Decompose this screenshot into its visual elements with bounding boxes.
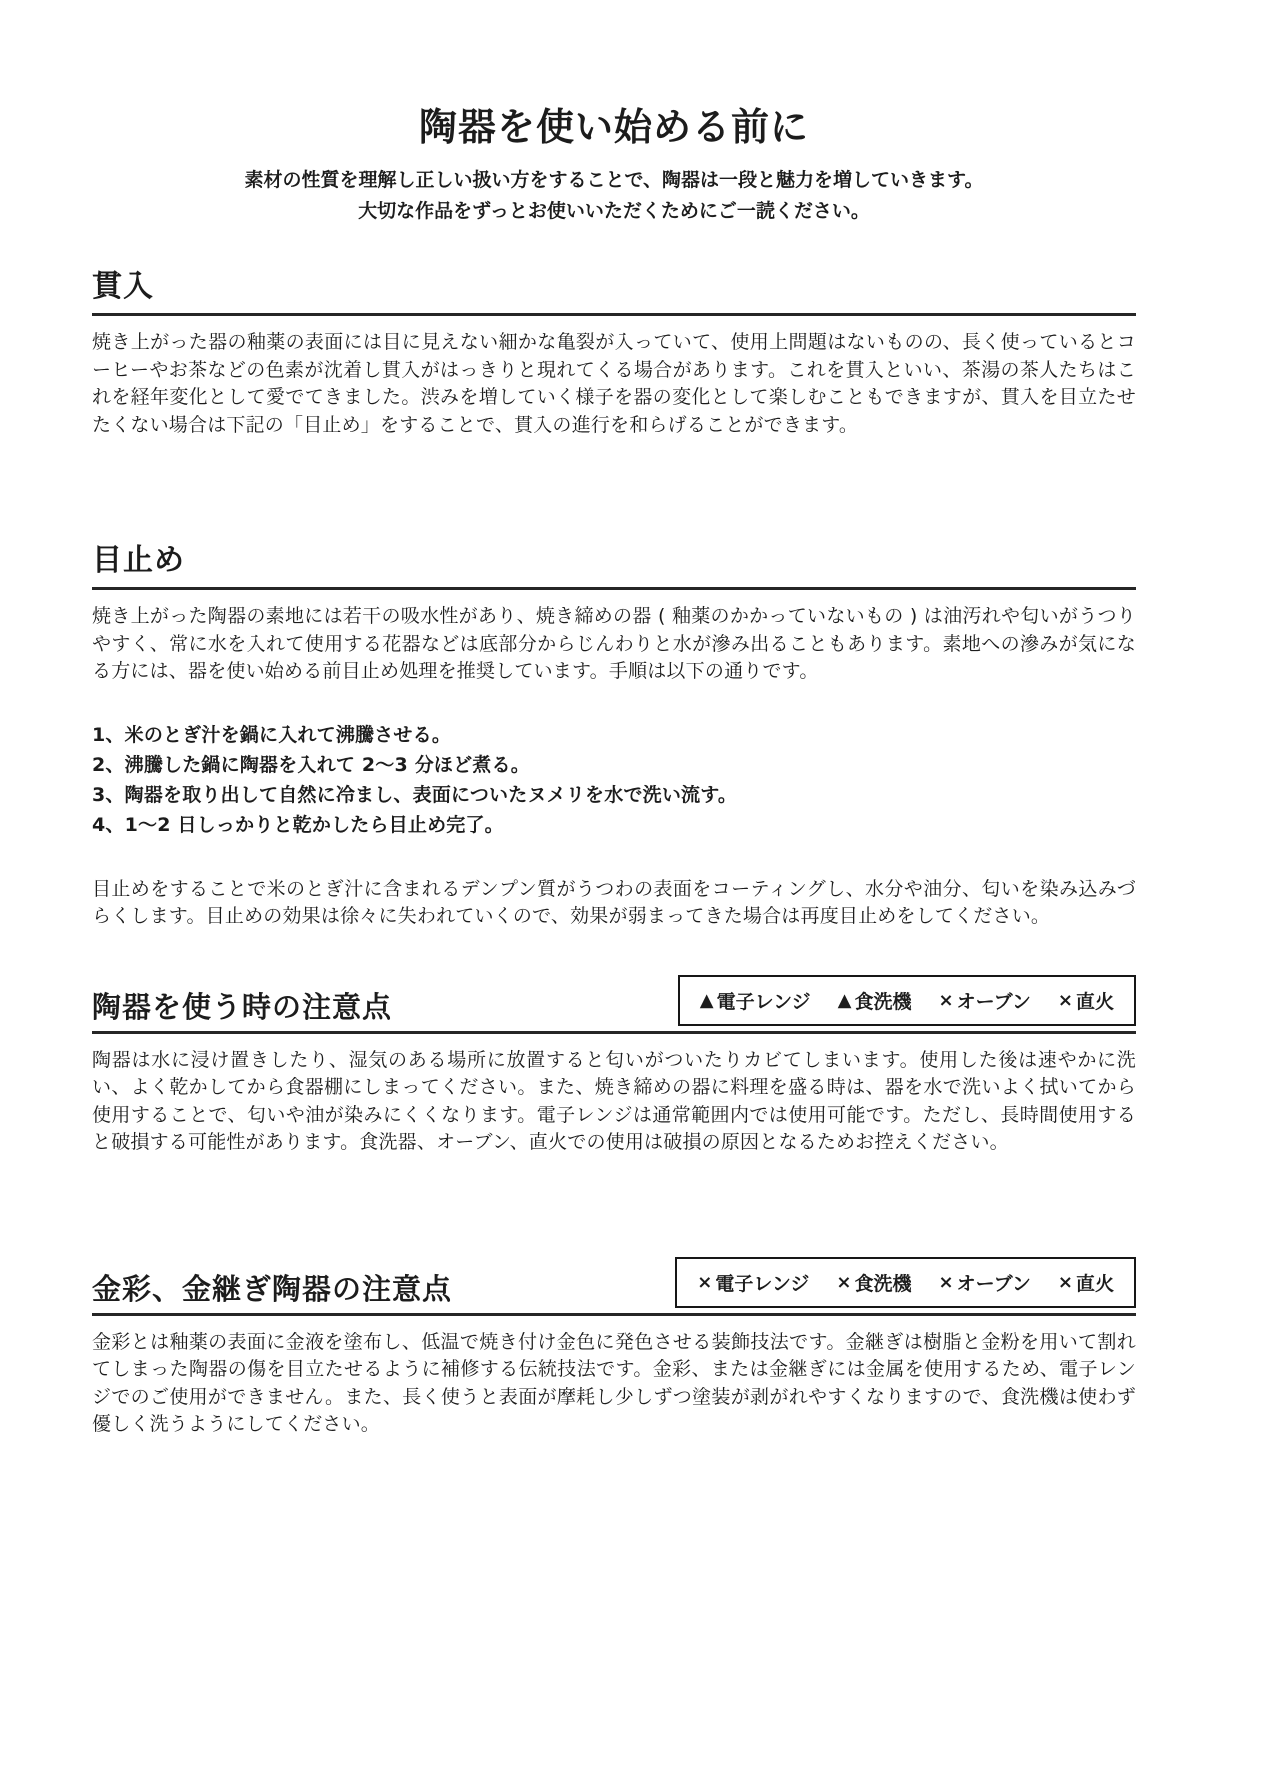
triangle-icon: ▲ [700,990,714,1011]
kinsai-badge-oven: × オーブン [939,1269,1031,1296]
page-title: 陶器を使い始める前に [92,96,1136,151]
kinsai-badge-dishwasher: × 食洗機 [836,1269,911,1296]
section-usage-heading: 陶器を使う時の注意点 [92,985,392,1026]
section-kinsai-heading: 金彩、金継ぎ陶器の注意点 [92,1267,452,1308]
cross-icon: × [939,1272,954,1293]
badge-label: オーブン [957,987,1031,1014]
medome-steps-list: 1、米のとぎ汁を鍋に入れて沸騰させる。 2、沸騰した鍋に陶器を入れて 2〜3 分… [92,720,1136,840]
badge-label: 電子レンジ [717,987,811,1014]
usage-badge-dishwasher: ▲ 食洗機 [838,987,912,1014]
section-kinsai-notes: 金彩、金継ぎ陶器の注意点 × 電子レンジ × 食洗機 × オーブン × 直火 金… [92,1257,1136,1439]
kinsai-badge-open-flame: × 直火 [1058,1269,1114,1296]
usage-notes-heading-row: 陶器を使う時の注意点 ▲ 電子レンジ ▲ 食洗機 × オーブン × 直火 [92,975,1136,1034]
cross-icon: × [1058,1272,1073,1293]
kinsai-compatibility-box: × 電子レンジ × 食洗機 × オーブン × 直火 [675,1257,1136,1308]
cross-icon: × [1058,990,1073,1011]
medome-step-1: 1、米のとぎ汁を鍋に入れて沸騰させる。 [92,720,1136,750]
kinsai-badge-microwave: × 電子レンジ [697,1269,809,1296]
page-subtitle: 素材の性質を理解し正しい扱い方をすることで、陶器は一段と魅力を増していきます。 … [92,165,1136,227]
medome-step-3: 3、陶器を取り出して自然に冷まし、表面についたヌメリを水で洗い流す。 [92,780,1136,810]
section-kinsai-paragraph: 金彩とは釉薬の表面に金液を塗布し、低温で焼き付け金色に発色させる装飾技法です。金… [92,1329,1136,1439]
badge-label: 食洗機 [854,1269,911,1296]
section-kannyu: 貫入 焼き上がった器の釉薬の表面には目に見えない細かな亀裂が入っていて、使用上問… [92,261,1136,439]
section-usage-paragraph: 陶器は水に浸け置きしたり、湿気のある場所に放置すると匂いがついたりカビてしまいま… [92,1047,1136,1157]
subtitle-line-1: 素材の性質を理解し正しい扱い方をすることで、陶器は一段と魅力を増していきます。 [92,165,1136,196]
usage-badge-oven: × オーブン [939,987,1031,1014]
section-medome: 目止め 焼き上がった陶器の素地には若干の吸水性があり、焼き締めの器 ( 釉薬のか… [92,535,1136,931]
section-medome-outro: 目止めをすることで米のとぎ汁に含まれるデンプン質がうつわの表面をコーティングし、… [92,876,1136,931]
section-usage-notes: 陶器を使う時の注意点 ▲ 電子レンジ ▲ 食洗機 × オーブン × 直火 陶器は… [92,975,1136,1157]
medome-step-2: 2、沸騰した鍋に陶器を入れて 2〜3 分ほど煮る。 [92,750,1136,780]
kinsai-heading-row: 金彩、金継ぎ陶器の注意点 × 電子レンジ × 食洗機 × オーブン × 直火 [92,1257,1136,1316]
medome-step-4: 4、1〜2 日しっかりと乾かしたら目止め完了。 [92,810,1136,840]
usage-badge-open-flame: × 直火 [1058,987,1114,1014]
badge-label: 食洗機 [854,987,911,1014]
cross-icon: × [836,1272,851,1293]
badge-label: 電子レンジ [715,1269,809,1296]
section-kannyu-heading: 貫入 [92,261,1136,316]
section-medome-heading: 目止め [92,535,1136,590]
badge-label: オーブン [957,1269,1031,1296]
section-medome-intro: 焼き上がった陶器の素地には若干の吸水性があり、焼き締めの器 ( 釉薬のかかってい… [92,603,1136,686]
cross-icon: × [939,990,954,1011]
triangle-icon: ▲ [838,990,852,1011]
usage-compatibility-box: ▲ 電子レンジ ▲ 食洗機 × オーブン × 直火 [678,975,1136,1026]
badge-label: 直火 [1076,987,1114,1014]
subtitle-line-2: 大切な作品をずっとお使いいただくためにご一読ください。 [92,196,1136,227]
usage-badge-microwave: ▲ 電子レンジ [700,987,811,1014]
cross-icon: × [697,1272,712,1293]
section-kannyu-paragraph: 焼き上がった器の釉薬の表面には目に見えない細かな亀裂が入っていて、使用上問題はな… [92,329,1136,439]
badge-label: 直火 [1076,1269,1114,1296]
